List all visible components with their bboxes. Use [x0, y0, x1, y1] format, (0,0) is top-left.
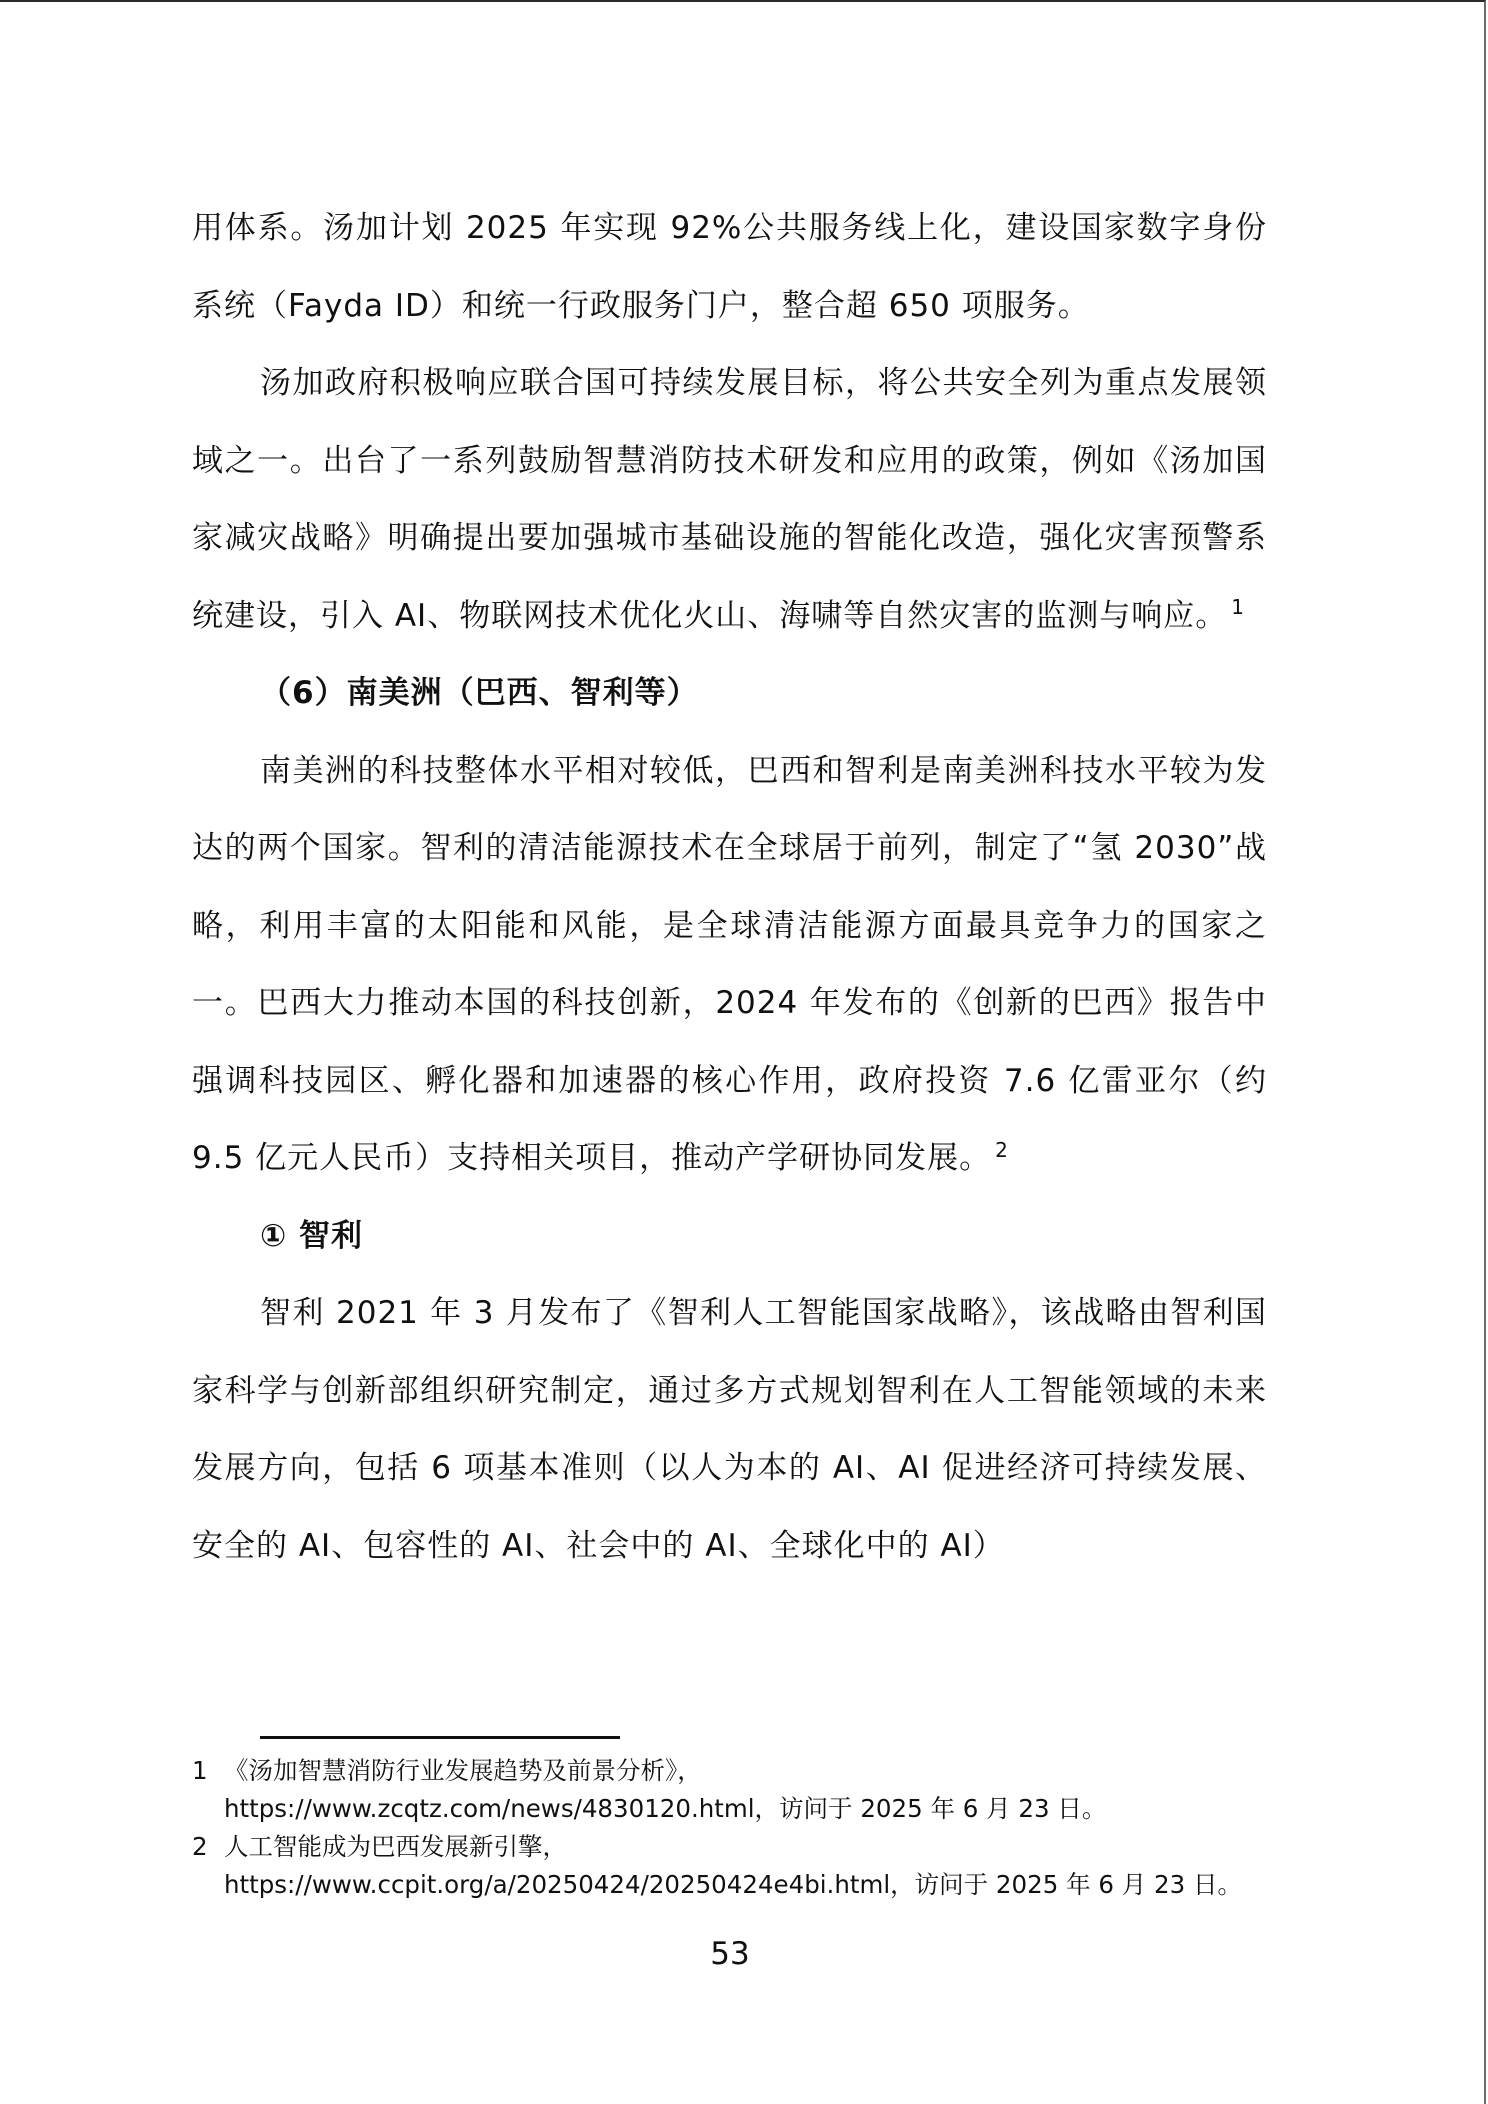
footnote-source-link[interactable]: https://www.zcqtz.com/news/4830120.html，… [192, 1790, 1292, 1828]
footnotes: 1《汤加智慧消防行业发展趋势及前景分析》， https://www.zcqtz.… [192, 1752, 1292, 1904]
footnote-source-link[interactable]: https://www.ccpit.org/a/20250424/2025042… [192, 1866, 1292, 1904]
page-number: 53 [0, 1934, 1460, 1974]
paragraph-text: 南美洲的科技整体水平相对较低，巴西和智利是南美洲科技水平较为发达的两个国家。智利… [192, 753, 1267, 1177]
footnote-number: 1 [192, 1752, 224, 1790]
footnote-title: 《汤加智慧消防行业发展趋势及前景分析》， [224, 1756, 702, 1785]
footnote-number: 2 [192, 1828, 224, 1866]
footnote-1: 1《汤加智慧消防行业发展趋势及前景分析》， https://www.zcqtz.… [192, 1752, 1292, 1828]
section-heading-south-america: （6）南美洲（巴西、智利等） [192, 655, 1267, 733]
paragraph-text: 用体系。汤加计划 2025 年实现 92%公共服务线上化，建设国家数字身份系统（… [192, 210, 1267, 324]
footnote-2: 2人工智能成为巴西发展新引擎， https://www.ccpit.org/a/… [192, 1828, 1292, 1904]
paragraph-chile-ai-strategy: 智利 2021 年 3 月发布了《智利人工智能国家战略》，该战略由智利国家科学与… [192, 1275, 1267, 1585]
footnote-ref-2[interactable]: 2 [995, 1138, 1009, 1162]
footnote-title: 人工智能成为巴西发展新引擎， [224, 1832, 567, 1861]
paragraph-text: 智利 2021 年 3 月发布了《智利人工智能国家战略》，该战略由智利国家科学与… [192, 1295, 1267, 1564]
document-body: 用体系。汤加计划 2025 年实现 92%公共服务线上化，建设国家数字身份系统（… [192, 190, 1267, 1585]
paragraph-tonga-public-safety: 汤加政府积极响应联合国可持续发展目标，将公共安全列为重点发展领域之一。出台了一系… [192, 345, 1267, 655]
subsection-heading-chile: ① 智利 [192, 1198, 1267, 1276]
paragraph-digital-services: 用体系。汤加计划 2025 年实现 92%公共服务线上化，建设国家数字身份系统（… [192, 190, 1267, 345]
footnote-separator [260, 1736, 620, 1739]
paragraph-text: 汤加政府积极响应联合国可持续发展目标，将公共安全列为重点发展领域之一。出台了一系… [192, 365, 1267, 634]
footnote-ref-1[interactable]: 1 [1231, 595, 1245, 619]
paragraph-south-america-tech: 南美洲的科技整体水平相对较低，巴西和智利是南美洲科技水平较为发达的两个国家。智利… [192, 733, 1267, 1198]
